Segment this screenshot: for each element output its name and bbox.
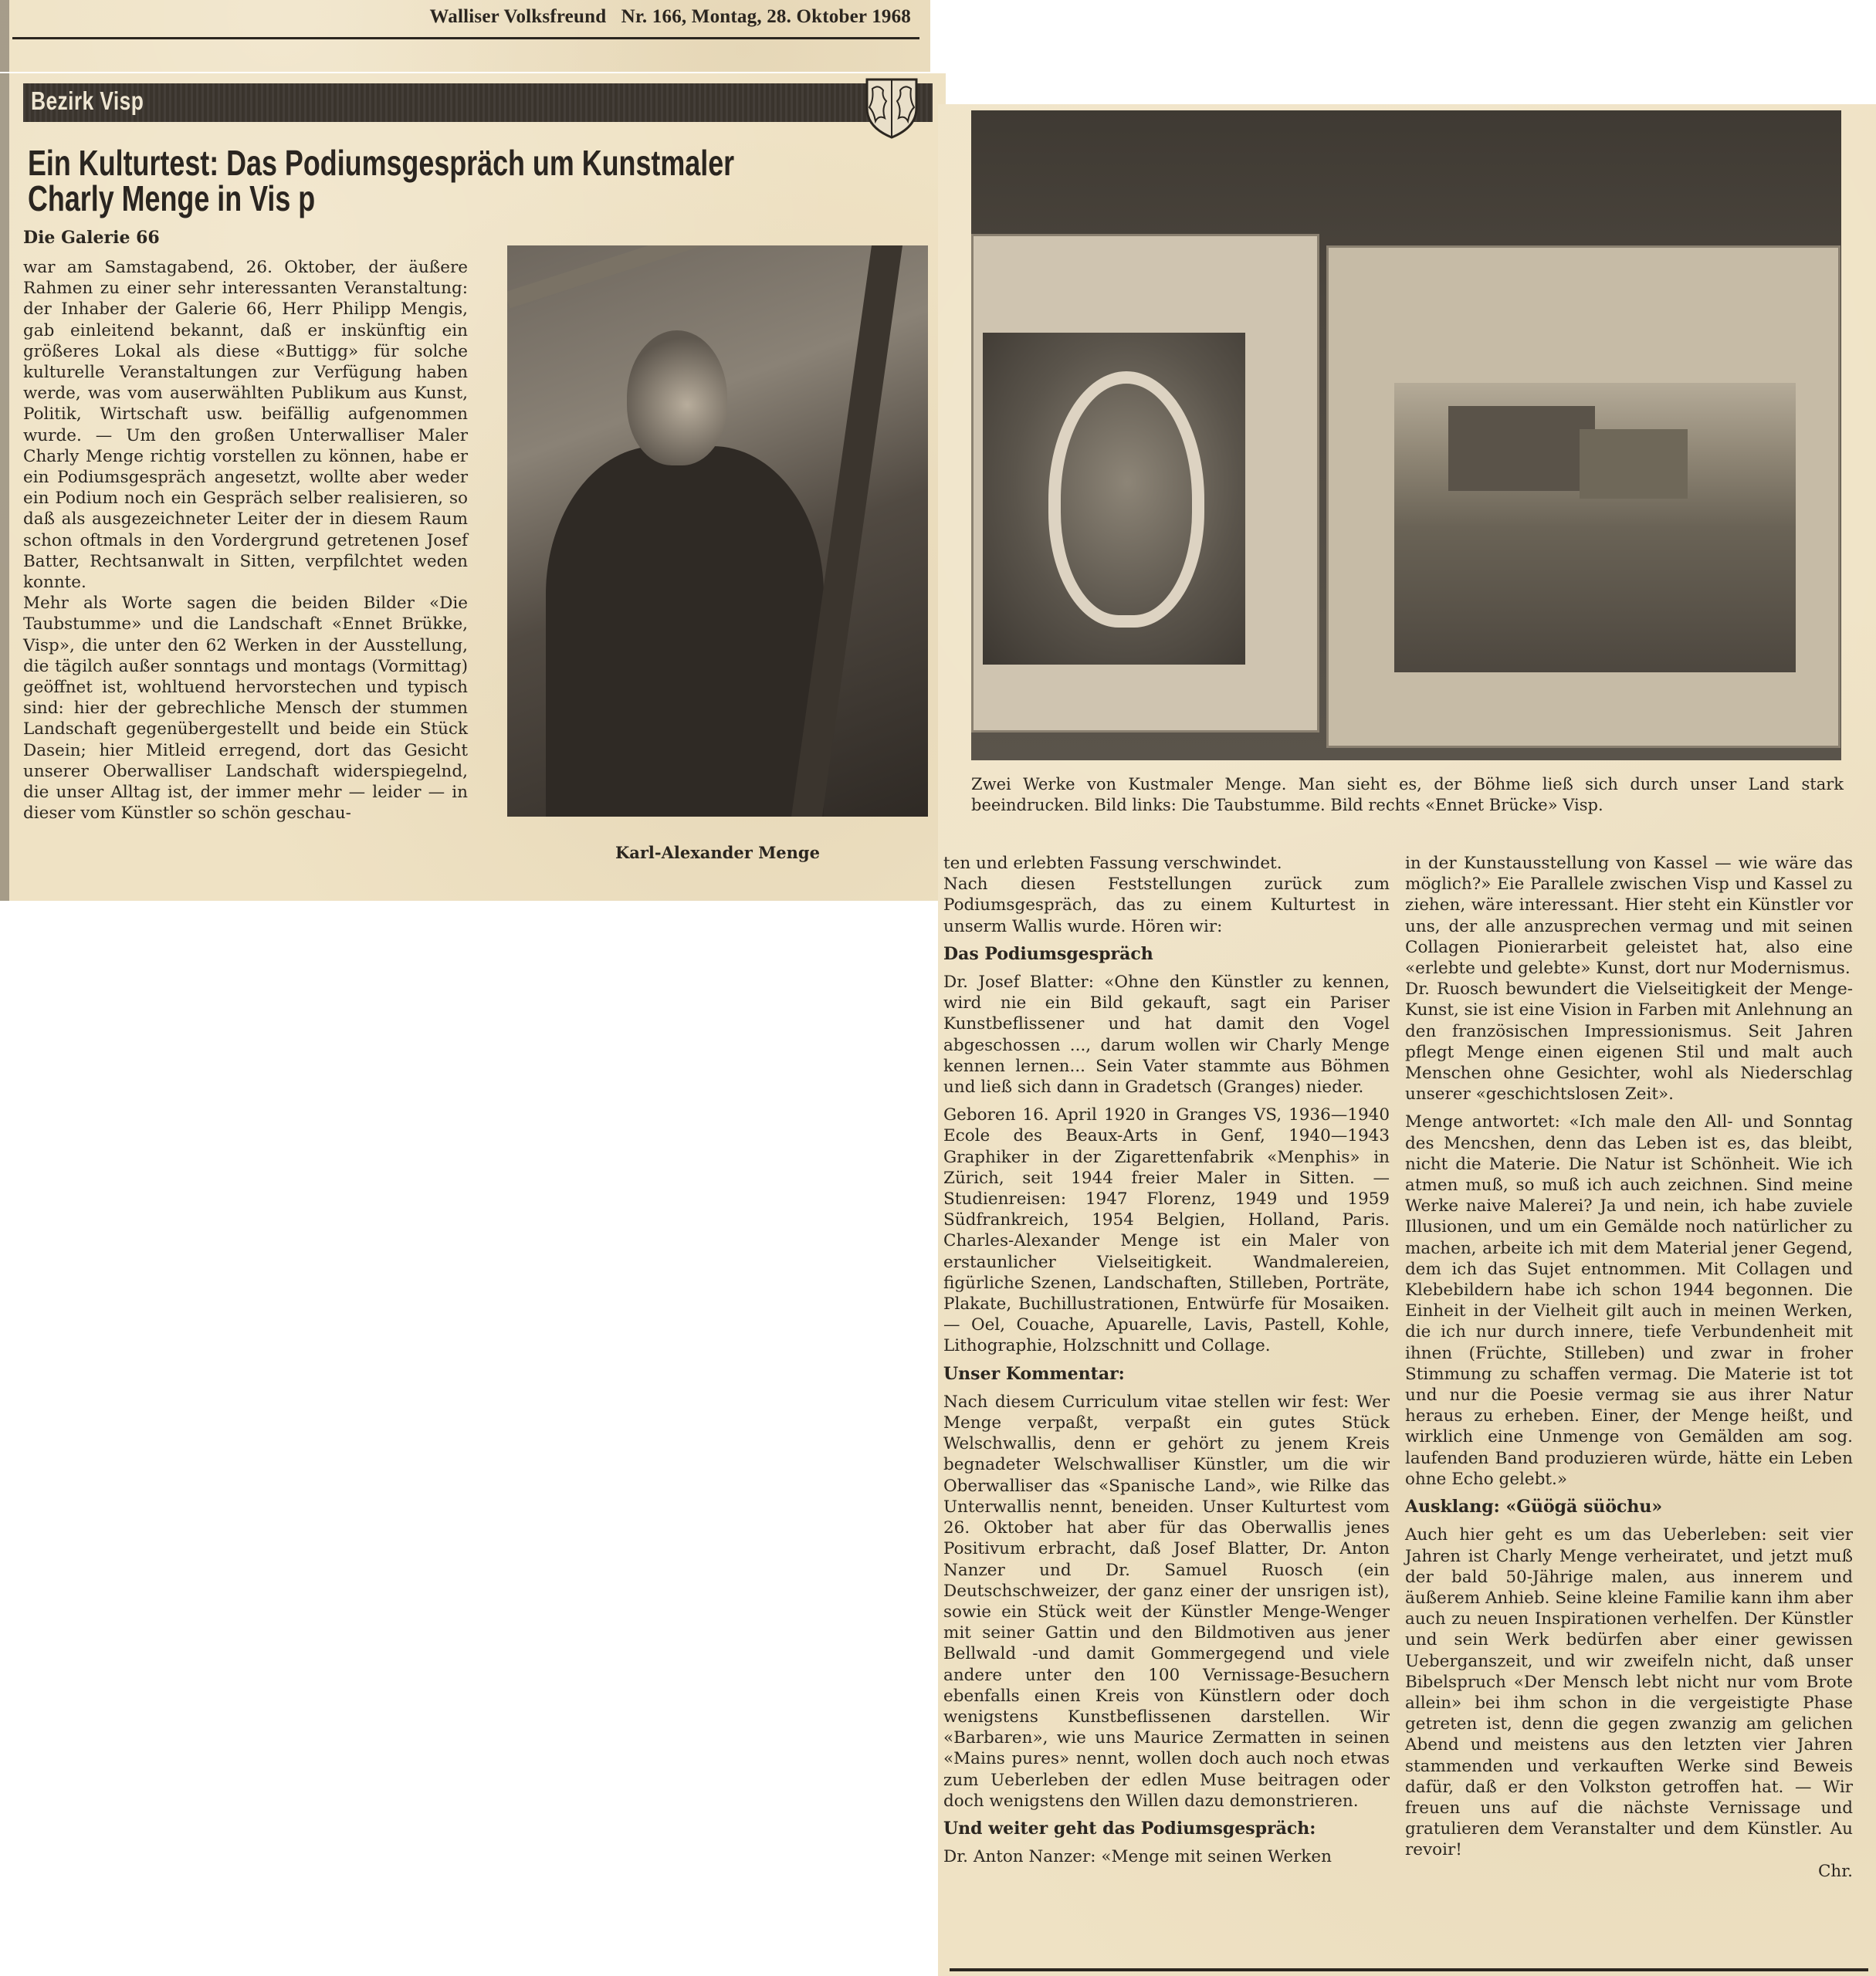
painting-portrait bbox=[983, 333, 1245, 665]
bottom-rule bbox=[950, 1968, 1868, 1971]
middle-column: ten und erlebten Fassung verschwindet. N… bbox=[943, 853, 1390, 1867]
scan-edge bbox=[0, 0, 9, 72]
photo-shape bbox=[546, 446, 824, 817]
paragraph: Geboren 16. April 1920 in Granges VS, 19… bbox=[943, 1105, 1390, 1356]
masthead-rule bbox=[12, 37, 919, 39]
paragraph: Nach diesem Curriculum vitae stellen wir… bbox=[943, 1392, 1390, 1812]
left-column: war am Samstagabend, 26. Oktober, der äu… bbox=[23, 257, 468, 824]
intro-heading: Die Galerie 66 bbox=[23, 228, 160, 248]
paragraph: Dr. Josef Blatter: «Ohne den Künstler zu… bbox=[943, 972, 1390, 1098]
clipping-left: Bezirk Visp Ein Kulturtest: Das Podiumsg… bbox=[0, 73, 946, 901]
photo-paintings-caption: Zwei Werke von Kustmaler Menge. Man sieh… bbox=[971, 774, 1844, 816]
paragraph: Dr. Anton Nanzer: «Menge mit seinen Werk… bbox=[943, 1846, 1390, 1867]
photo-paintings bbox=[971, 110, 1841, 760]
paragraph: Nach diesen Feststellungen zurück zum Po… bbox=[943, 874, 1390, 937]
right-column: in der Kunstausstellung von Kassel — wie… bbox=[1405, 853, 1853, 1882]
painting-frame-right bbox=[1326, 245, 1840, 748]
paragraph: war am Samstagabend, 26. Oktober, der äu… bbox=[23, 257, 468, 593]
subheading: Und weiter geht das Podiumsgespräch: bbox=[943, 1819, 1390, 1839]
coat-of-arms-icon bbox=[865, 77, 919, 139]
photo-shape bbox=[1048, 371, 1204, 628]
section-bar: Bezirk Visp bbox=[23, 83, 933, 122]
painting-frame-left bbox=[971, 234, 1319, 733]
paragraph: Auch hier geht es um das Ueberleben: sei… bbox=[1405, 1524, 1853, 1860]
section-label: Bezirk Visp bbox=[31, 86, 144, 116]
paragraph: Mehr als Worte sagen die beiden Bilder «… bbox=[23, 593, 468, 824]
subheading: Ausklang: «Güögä süöchu» bbox=[1405, 1497, 1853, 1518]
headline: Ein Kulturtest: Das Podiumsgespräch um K… bbox=[28, 145, 883, 216]
photo-shape bbox=[1580, 429, 1688, 499]
painting-landscape bbox=[1394, 383, 1796, 672]
subheading: Unser Kommentar: bbox=[943, 1364, 1390, 1385]
author-signature: Chr. bbox=[1818, 1861, 1853, 1882]
paragraph: Menge antwortet: «Ich male den All- und … bbox=[1405, 1111, 1853, 1490]
masthead-strip: Walliser Volksfreund Nr. 166, Montag, 28… bbox=[0, 0, 930, 72]
photo-artist bbox=[507, 245, 928, 817]
photo-artist-caption: Karl-Alexander Menge bbox=[507, 843, 928, 862]
paragraph: in der Kunstausstellung von Kassel — wie… bbox=[1405, 853, 1853, 979]
masthead: Walliser Volksfreund Nr. 166, Montag, 28… bbox=[340, 6, 911, 28]
photo-shape bbox=[1448, 406, 1595, 491]
headline-line-2: Charly Menge in Vis p bbox=[28, 181, 883, 216]
paragraph: ten und erlebten Fassung verschwindet. bbox=[943, 853, 1390, 874]
paragraph: Dr. Ruosch bewundert die Vielseitigkeit … bbox=[1405, 979, 1853, 1105]
headline-line-1: Ein Kulturtest: Das Podiumsgespräch um K… bbox=[28, 145, 883, 181]
clipping-right: Zwei Werke von Kustmaler Menge. Man sieh… bbox=[938, 104, 1876, 1976]
scan-edge bbox=[0, 73, 9, 901]
subheading: Das Podiumsgespräch bbox=[943, 944, 1390, 965]
photo-shape bbox=[627, 330, 727, 465]
